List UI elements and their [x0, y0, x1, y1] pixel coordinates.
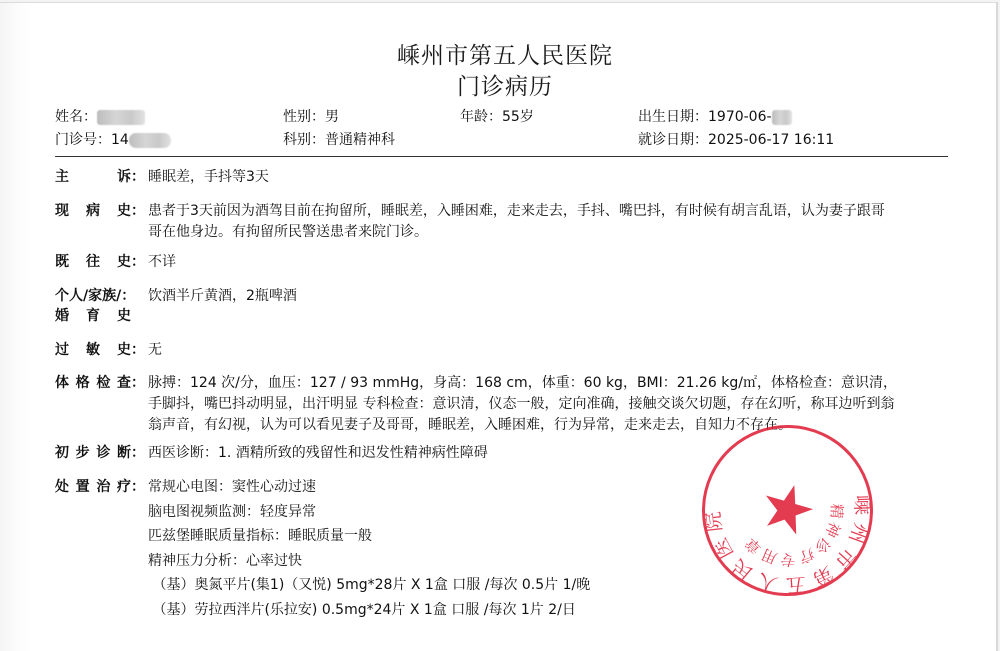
personal-family-text: 饮酒半斤黄酒，2瓶啤酒 — [148, 286, 948, 307]
birth-label: 出生日期： — [638, 109, 708, 125]
present-illness-label: 现 病 史： — [55, 201, 145, 222]
label-char: 婚 — [55, 306, 69, 327]
svg-text:嵊州市第五人民医院: 嵊州市第五人民医院 — [700, 450, 875, 598]
label-char: 主 — [55, 167, 69, 188]
text-line: 无 — [148, 340, 948, 361]
label-char: 初 — [55, 443, 69, 464]
label-char: 既 — [55, 252, 69, 273]
label-char: 史 — [117, 306, 131, 327]
label-char: 史： — [117, 340, 145, 361]
label-char: 史： — [117, 201, 145, 222]
birth-value: 1970-06- — [708, 109, 772, 125]
prescription-line: （基）劳拉西泮片(乐拉安) 0.5mg*24片 X 1盒 口服 /每次 1片 2… — [148, 598, 948, 623]
record-title: 门诊病历 — [0, 68, 1000, 101]
document-page: 嵊州市第五人民医院 门诊病历 姓名： 性别：男 年龄：55岁 出生日期：1970… — [0, 2, 998, 651]
label-char: 断： — [117, 443, 145, 464]
redacted-clinic-number — [129, 133, 171, 148]
text-line: 哥在他身边。有拘留所民警送患者来院门诊。 — [148, 222, 948, 243]
hospital-name: 嵊州市第五人民医院 — [0, 37, 1000, 70]
gender-value: 男 — [325, 109, 339, 125]
seal-icon: 嵊州市第五人民医院 精神诊疗专用章 — [700, 423, 875, 598]
text-line: 睡眠差，手抖等3天 — [148, 167, 948, 188]
text-line: 手脚抖，嘴巴抖动明显，出汗明显 专科检查：意识清，仪态一般，定向准确，接触交谈欠… — [148, 394, 948, 415]
dept-label: 科别： — [283, 132, 325, 148]
label-char: 过 — [55, 340, 69, 361]
visit-date-field: 就诊日期：2025-06-17 16:11 — [638, 129, 834, 149]
clinic-no-label: 门诊号： — [55, 132, 111, 148]
department-field: 科别：普通精神科 — [283, 129, 395, 149]
label-char: 史： — [117, 252, 145, 273]
dept-value: 普通精神科 — [325, 132, 395, 148]
age-label: 年龄： — [460, 109, 502, 125]
past-history-label: 既 往 史： — [55, 252, 145, 273]
birth-date-field: 出生日期：1970-06- — [638, 106, 792, 126]
redacted-name — [97, 110, 145, 125]
marital-history-label: 婚 育 史 — [55, 306, 131, 327]
label-char: 诉： — [117, 167, 145, 188]
diagnosis-label: 初 步 诊 断： — [55, 443, 145, 464]
label-char: 检 — [96, 373, 110, 394]
patient-name-field: 姓名： — [55, 106, 145, 126]
physical-exam-label: 体 格 检 查： — [55, 373, 145, 394]
redacted-birth-day — [772, 110, 792, 125]
personal-family-label: 个人/家族/： — [55, 286, 145, 307]
label-char: 育 — [86, 306, 100, 327]
label-char: 查： — [117, 373, 145, 394]
label-char: 疗： — [117, 475, 145, 500]
label-char: 格 — [76, 373, 90, 394]
text-line: 饮酒半斤黄酒，2瓶啤酒 — [148, 286, 948, 307]
label-char: 治 — [96, 475, 110, 500]
label-char: 病 — [86, 201, 100, 222]
present-illness-text: 患者于3天前因为酒驾目前在拘留所，睡眠差，入睡困难，走来走去，手抖、嘴巴抖，有时… — [148, 201, 948, 243]
label-char: 处 — [55, 475, 69, 500]
allergy-history-text: 无 — [148, 340, 948, 361]
label-char: 个人/家族/： — [55, 286, 135, 307]
clinic-number-field: 门诊号：14 — [55, 129, 171, 149]
clinic-no-value: 14 — [111, 132, 129, 148]
visit-date-label: 就诊日期： — [638, 132, 708, 148]
label-char: 步 — [76, 443, 90, 464]
label-char: 现 — [55, 201, 69, 222]
official-seal: 嵊州市第五人民医院 精神诊疗专用章 — [700, 423, 875, 598]
text-line: 患者于3天前因为酒驾目前在拘留所，睡眠差，入睡困难，走来走去，手抖、嘴巴抖，有时… — [148, 201, 948, 222]
label-char: 体 — [55, 373, 69, 394]
age-field: 年龄：55岁 — [460, 106, 534, 126]
label-char: 往 — [86, 252, 100, 273]
header-divider — [55, 156, 948, 157]
chief-complaint-text: 睡眠差，手抖等3天 — [148, 167, 948, 188]
chief-complaint-label: 主 诉： — [55, 167, 145, 188]
text-line: 脉搏：124 次/分，血压：127 / 93 mmHg，身高：168 cm，体重… — [148, 373, 948, 394]
treatment-label: 处 置 治 疗： — [55, 475, 145, 500]
gender-label: 性别： — [283, 109, 325, 125]
past-history-text: 不详 — [148, 252, 948, 273]
label-char: 诊 — [96, 443, 110, 464]
age-value: 55岁 — [502, 109, 534, 125]
gender-field: 性别：男 — [283, 106, 339, 126]
text-line: 不详 — [148, 252, 948, 273]
label-char: 敏 — [86, 340, 100, 361]
name-label: 姓名： — [55, 109, 97, 125]
label-char: 置 — [76, 475, 90, 500]
visit-date-value: 2025-06-17 16:11 — [708, 132, 834, 148]
allergy-history-label: 过 敏 史： — [55, 340, 145, 361]
